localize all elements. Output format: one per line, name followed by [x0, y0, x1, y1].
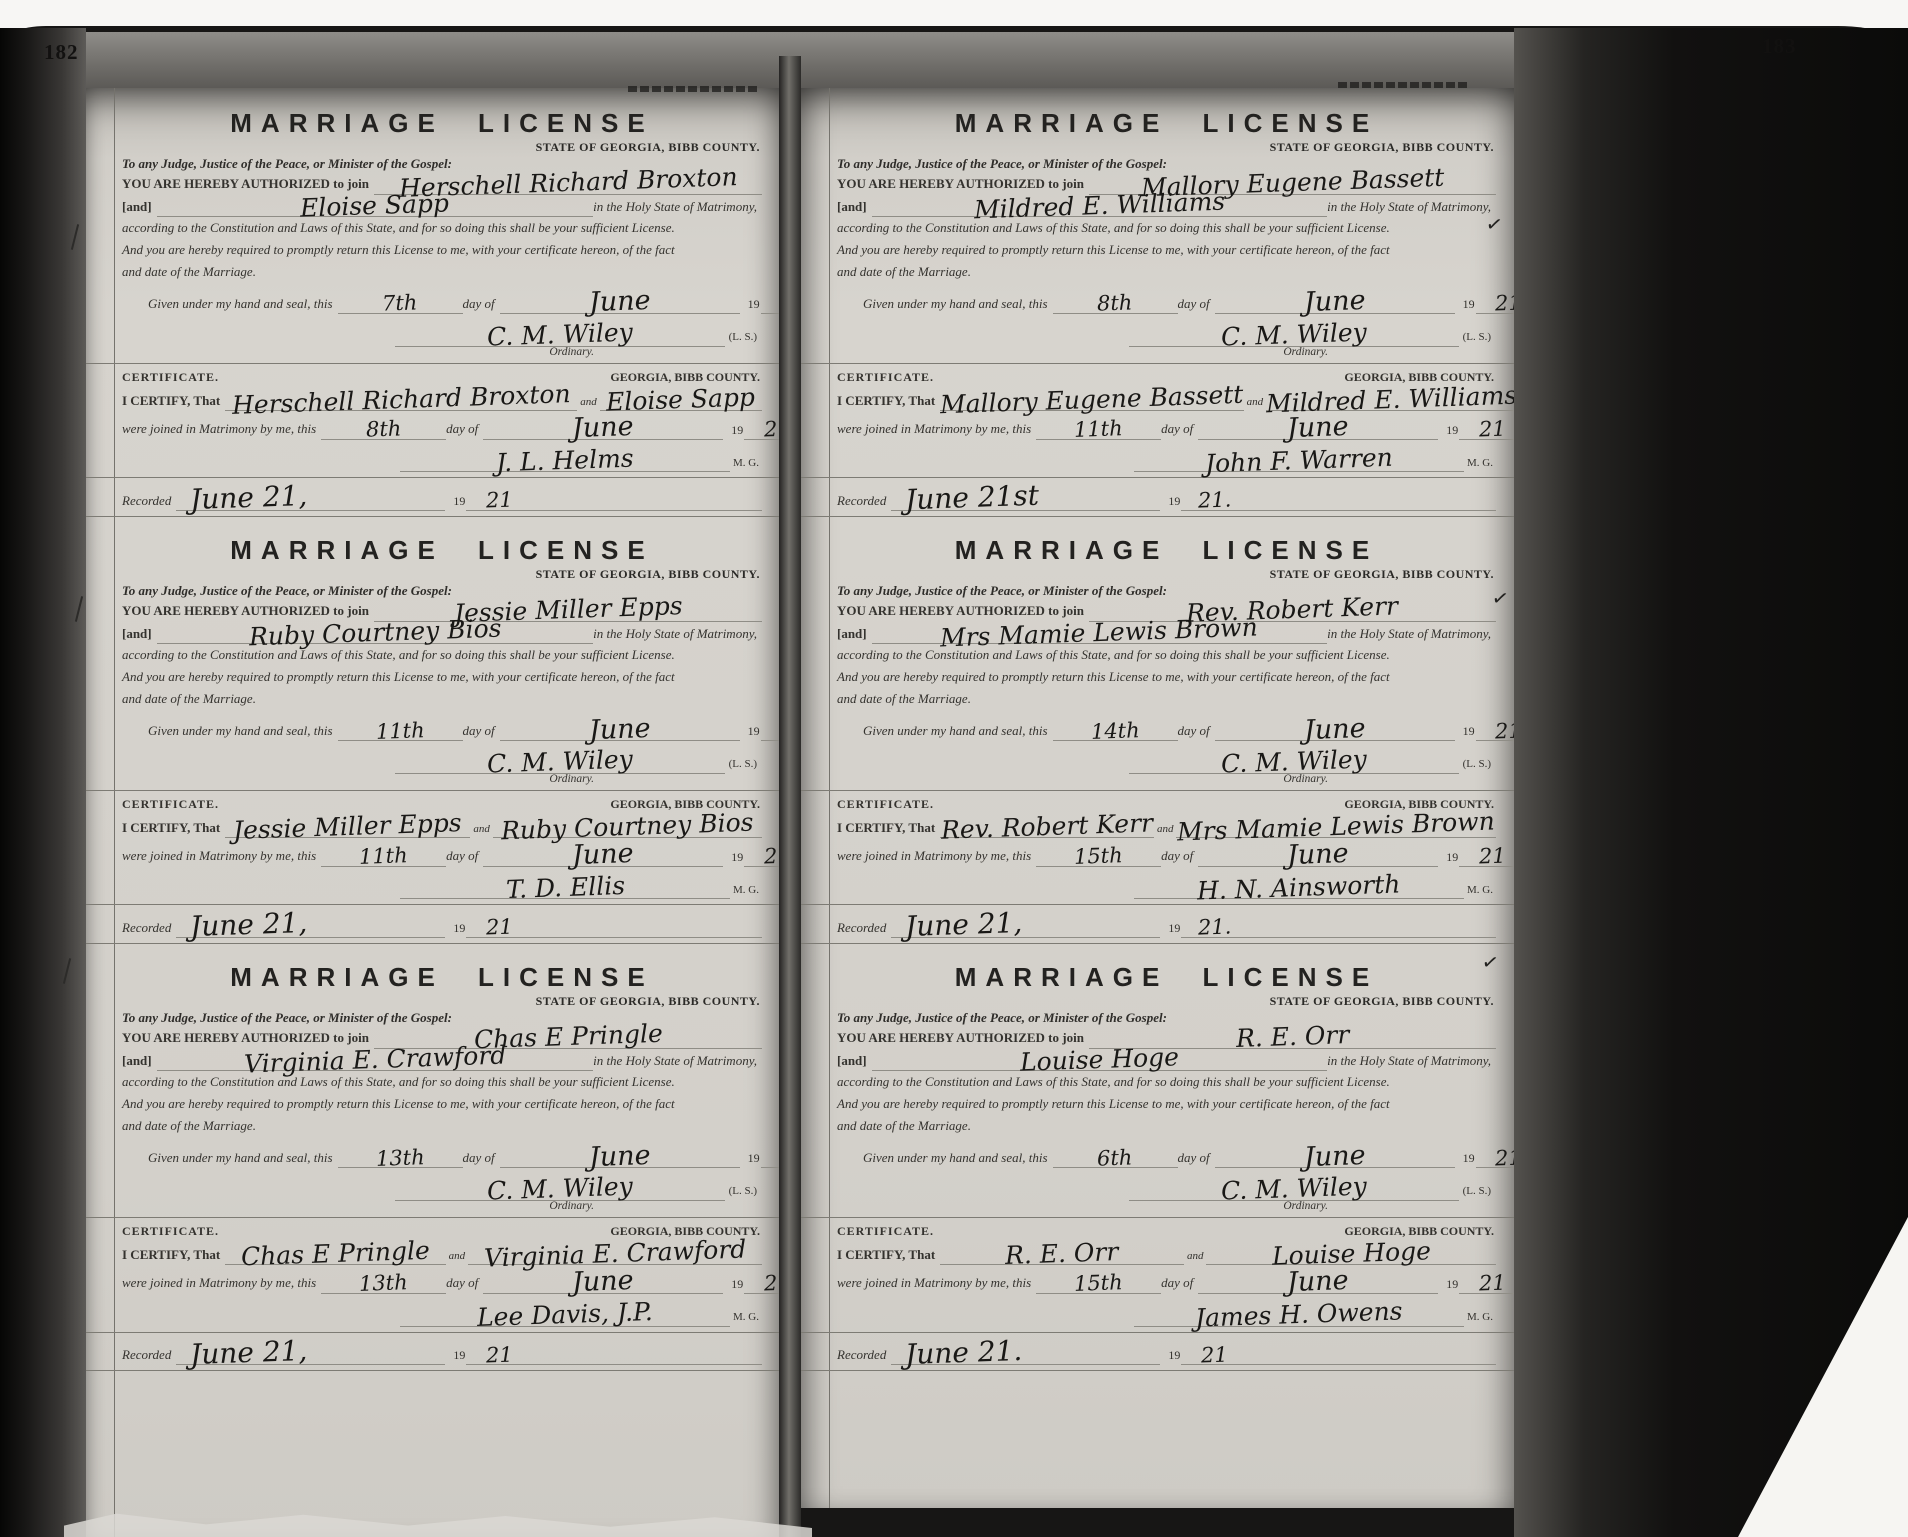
- day-of-label: day of: [1178, 721, 1215, 742]
- year-prefix: 19: [723, 421, 744, 440]
- ordinary-signature-handwriting: C. M. Wiley: [1220, 1176, 1366, 1202]
- joined-label: were joined in Matrimony by me, this: [122, 846, 321, 867]
- cert-groom-handwriting: Jessie Miller Epps: [233, 812, 462, 841]
- form-text-line-1: according to the Constitution and Laws o…: [837, 644, 1496, 666]
- marriage-license-block: MARRIAGE LICENSE STATE OF GEORGIA, BIBB …: [801, 948, 1514, 1371]
- year-prefix: 19: [740, 295, 761, 314]
- married-month-line: June: [1198, 1271, 1438, 1294]
- ordinary-signature-line: C. M. Wiley: [395, 1178, 725, 1201]
- recorded-date-line: June 21,: [891, 913, 1160, 938]
- minister-of-gospel-label: M. G.: [730, 882, 762, 900]
- form-text-line-1: according to the Constitution and Laws o…: [837, 217, 1496, 239]
- state-county-line: STATE OF GEORGIA, BIBB COUNTY.: [837, 140, 1494, 155]
- license-day-handwriting: 7th: [382, 295, 418, 314]
- and-small-label: and: [577, 394, 600, 412]
- ordinary-signature-line: C. M. Wiley: [1129, 1178, 1459, 1201]
- authorized-label: YOU ARE HEREBY AUTHORIZED to join: [837, 174, 1089, 195]
- married-year-handwriting: 21: [1479, 848, 1506, 867]
- certify-label: I CERTIFY, That: [122, 818, 225, 839]
- joined-label: were joined in Matrimony by me, this: [122, 1273, 321, 1294]
- officiant-signature-handwriting: T. D. Ellis: [505, 875, 625, 900]
- marriage-license-block: MARRIAGE LICENSE STATE OF GEORGIA, BIBB …: [801, 94, 1514, 517]
- recorded-year-handwriting: 21: [486, 919, 513, 938]
- book-gutter: [779, 56, 801, 1537]
- recorded-date-line: June 21,: [176, 913, 445, 938]
- license-month-handwriting: June: [1303, 290, 1365, 315]
- officiant-signature-line: Lee Davis, J.P.: [400, 1304, 730, 1327]
- year-prefix: 19: [445, 492, 466, 511]
- license-day-handwriting: 8th: [1097, 295, 1133, 314]
- ordinary-signature-line: C. M. Wiley: [1129, 751, 1459, 774]
- cert-groom-line: Rev. Robert Kerr: [940, 816, 1154, 839]
- salutation: To any Judge, Justice of the Peace, or M…: [122, 1010, 762, 1026]
- married-day-handwriting: 11th: [1074, 420, 1123, 440]
- married-year-handwriting: 21: [1479, 1275, 1506, 1294]
- certificate-label: CERTIFICATE.: [837, 368, 939, 387]
- cert-bride-handwriting: Virginia E. Crawford: [484, 1238, 747, 1268]
- ordinary-label: Ordinary.: [122, 346, 762, 358]
- officiant-signature-line: T. D. Ellis: [400, 877, 730, 900]
- year-prefix: 19: [740, 1149, 761, 1168]
- section-divider: [801, 477, 1514, 478]
- recorded-date-handwriting: June 21,: [905, 911, 1023, 939]
- married-day-handwriting: 8th: [366, 421, 402, 440]
- certify-label: I CERTIFY, That: [122, 391, 225, 412]
- minister-of-gospel-label: M. G.: [1464, 882, 1496, 900]
- and-label: [and]: [122, 624, 157, 645]
- recorded-label: Recorded: [122, 1345, 176, 1366]
- license-month-handwriting: June: [1303, 717, 1365, 742]
- married-year-handwriting: 21: [764, 848, 780, 867]
- recorded-year-line: 21.: [1181, 492, 1247, 511]
- year-prefix: 19: [1438, 848, 1459, 867]
- day-of-label: day of: [463, 294, 500, 315]
- cert-groom-handwriting: Rev. Robert Kerr: [941, 812, 1154, 841]
- recorded-label: Recorded: [837, 491, 891, 512]
- state-county-line: STATE OF GEORGIA, BIBB COUNTY.: [122, 994, 760, 1009]
- license-day-handwriting: 13th: [375, 1149, 424, 1169]
- cert-bride-line: Mrs Mamie Lewis Brown: [1176, 816, 1496, 839]
- year-prefix: 19: [445, 1346, 466, 1365]
- year-prefix: 19: [445, 919, 466, 938]
- printer-stamp-right: [1338, 82, 1470, 88]
- cert-groom-line: Jessie Miller Epps: [225, 816, 470, 839]
- ordinary-label: Ordinary.: [837, 1200, 1496, 1212]
- cert-bride-line: Louise Hoge: [1206, 1243, 1496, 1266]
- and-small-label: and: [470, 821, 493, 839]
- license-year-line: 21: [761, 295, 780, 314]
- license-day-line: 11th: [338, 723, 463, 742]
- officiant-signature-handwriting: Lee Davis, J.P.: [477, 1301, 653, 1328]
- married-month-line: June: [1198, 417, 1438, 440]
- day-of-label: day of: [446, 1273, 483, 1294]
- recorded-label: Recorded: [122, 491, 176, 512]
- seal-label: (L. S.): [1459, 329, 1496, 347]
- form-text-line-1: according to the Constitution and Laws o…: [122, 644, 762, 666]
- groom-name-handwriting: R. E. Orr: [1235, 1024, 1349, 1049]
- form-text-line-1: according to the Constitution and Laws o…: [837, 1071, 1496, 1093]
- form-text-line-2: And you are hereby required to promptly …: [122, 666, 762, 688]
- seal-label: (L. S.): [725, 329, 762, 347]
- section-divider: [86, 904, 780, 905]
- recorded-year-handwriting: 21: [486, 492, 513, 511]
- day-of-label: day of: [1161, 419, 1198, 440]
- book-page-right: MARRIAGE LICENSE STATE OF GEORGIA, BIBB …: [801, 88, 1514, 1508]
- section-divider: [86, 943, 780, 944]
- cert-groom-line: Chas E Pringle: [225, 1243, 445, 1266]
- day-of-label: day of: [1178, 294, 1215, 315]
- section-divider: [86, 790, 780, 791]
- ordinary-label: Ordinary.: [122, 1200, 762, 1212]
- cert-bride-line: Virginia E. Crawford: [468, 1243, 762, 1266]
- joined-label: were joined in Matrimony by me, this: [837, 846, 1036, 867]
- blank-line: [1247, 504, 1496, 511]
- groom-name-handwriting: Herschell Richard Broxton: [398, 166, 737, 199]
- married-day-line: 8th: [321, 421, 446, 440]
- form-text-line-3: and date of the Marriage.: [837, 261, 1496, 283]
- license-day-line: 8th: [1053, 295, 1178, 314]
- joined-label: were joined in Matrimony by me, this: [122, 419, 321, 440]
- matrimony-label: in the Holy State of Matrimony,: [1327, 1051, 1496, 1072]
- matrimony-label: in the Holy State of Matrimony,: [593, 624, 762, 645]
- section-divider: [801, 904, 1514, 905]
- given-label: Given under my hand and seal, this: [837, 294, 1053, 315]
- given-label: Given under my hand and seal, this: [122, 721, 338, 742]
- license-day-line: 6th: [1053, 1150, 1178, 1169]
- day-of-label: day of: [1178, 1148, 1215, 1169]
- salutation: To any Judge, Justice of the Peace, or M…: [837, 1010, 1496, 1026]
- seal-label: (L. S.): [725, 1183, 762, 1201]
- form-text-line-2: And you are hereby required to promptly …: [122, 239, 762, 261]
- license-month-handwriting: June: [588, 717, 650, 742]
- year-prefix: 19: [1438, 421, 1459, 440]
- and-small-label: and: [1154, 821, 1177, 839]
- license-title: MARRIAGE LICENSE: [837, 962, 1496, 993]
- state-county-line: STATE OF GEORGIA, BIBB COUNTY.: [837, 567, 1494, 582]
- day-of-label: day of: [1161, 846, 1198, 867]
- license-title: MARRIAGE LICENSE: [122, 108, 762, 139]
- married-month-line: June: [483, 844, 723, 867]
- ordinary-signature-line: C. M. Wiley: [395, 324, 725, 347]
- left-page-licenses: MARRIAGE LICENSE STATE OF GEORGIA, BIBB …: [86, 88, 780, 1371]
- marriage-license-block: MARRIAGE LICENSE STATE OF GEORGIA, BIBB …: [86, 948, 780, 1371]
- blank-line: [532, 1358, 762, 1365]
- cert-groom-handwriting: R. E. Orr: [1005, 1241, 1119, 1266]
- license-month-handwriting: June: [1303, 1144, 1365, 1169]
- married-year-line: 21: [744, 848, 780, 867]
- matrimony-label: in the Holy State of Matrimony,: [593, 1051, 762, 1072]
- blank-line: [532, 504, 762, 511]
- married-day-line: 15th: [1036, 848, 1161, 867]
- bride-name-handwriting: Eloise Sapp: [300, 192, 450, 218]
- married-year-line: 21: [744, 1275, 780, 1294]
- recorded-year-line: 21: [466, 919, 532, 938]
- section-divider: [801, 1332, 1514, 1333]
- and-label: [and]: [837, 197, 872, 218]
- certify-label: I CERTIFY, That: [122, 1245, 225, 1266]
- day-of-label: day of: [446, 419, 483, 440]
- year-prefix: 19: [740, 722, 761, 741]
- given-label: Given under my hand and seal, this: [837, 721, 1053, 742]
- year-prefix: 19: [1438, 1275, 1459, 1294]
- ordinary-signature-line: C. M. Wiley: [395, 751, 725, 774]
- married-year-line: 21: [1459, 1275, 1514, 1294]
- recorded-date-handwriting: June 21st: [905, 484, 1040, 512]
- bride-name-handwriting: Mildred E. Williams: [973, 190, 1225, 220]
- cert-bride-handwriting: Ruby Courtney Bios: [501, 811, 754, 841]
- license-year-line: 21: [1476, 723, 1514, 742]
- married-day-handwriting: 11th: [359, 847, 408, 867]
- cert-groom-handwriting: Mallory Eugene Bassett: [940, 383, 1244, 415]
- officiant-signature-handwriting: John F. Warren: [1205, 447, 1393, 475]
- year-prefix: 19: [1160, 1346, 1181, 1365]
- bride-name-handwriting: Louise Hoge: [1020, 1046, 1180, 1073]
- married-year-line: 21: [1459, 848, 1514, 867]
- recorded-year-handwriting: 21.: [1197, 492, 1231, 511]
- married-year-handwriting: 21: [1479, 421, 1506, 440]
- minister-of-gospel-label: M. G.: [730, 1309, 762, 1327]
- license-month-line: June: [500, 291, 740, 314]
- license-month-line: June: [500, 719, 740, 742]
- married-day-handwriting: 15th: [1074, 1274, 1123, 1294]
- page-number-left: 182: [44, 40, 79, 65]
- license-year-line: 21: [761, 1150, 780, 1169]
- form-text-line-2: And you are hereby required to promptly …: [837, 1093, 1496, 1115]
- marriage-license-block: MARRIAGE LICENSE STATE OF GEORGIA, BIBB …: [86, 521, 780, 944]
- license-year-line: 21: [761, 723, 780, 742]
- seal-label: (L. S.): [1459, 756, 1496, 774]
- year-prefix: 19: [1455, 722, 1476, 741]
- married-month-line: June: [483, 1271, 723, 1294]
- cert-groom-handwriting: Herschell Richard Broxton: [232, 383, 571, 416]
- form-text-line-3: and date of the Marriage.: [122, 688, 762, 710]
- cert-bride-handwriting: Eloise Sapp: [606, 386, 756, 412]
- license-year-line: 21: [1476, 1150, 1514, 1169]
- state-county-line: STATE OF GEORGIA, BIBB COUNTY.: [122, 567, 760, 582]
- section-divider: [801, 1217, 1514, 1218]
- recorded-year-line: 21: [1181, 1347, 1247, 1366]
- officiant-signature-line: John F. Warren: [1134, 450, 1464, 473]
- ordinary-label: Ordinary.: [122, 773, 762, 785]
- section-divider: [86, 1332, 780, 1333]
- given-label: Given under my hand and seal, this: [837, 1148, 1053, 1169]
- matrimony-label: in the Holy State of Matrimony,: [1327, 197, 1496, 218]
- and-label: [and]: [122, 197, 157, 218]
- seal-label: (L. S.): [1459, 1183, 1496, 1201]
- authorized-label: YOU ARE HEREBY AUTHORIZED to join: [837, 1028, 1089, 1049]
- license-month-handwriting: June: [588, 290, 650, 315]
- state-county-line: STATE OF GEORGIA, BIBB COUNTY.: [122, 140, 760, 155]
- officiant-signature-line: H. N. Ainsworth: [1134, 877, 1464, 900]
- recorded-date-line: June 21,: [176, 486, 445, 511]
- section-divider: [801, 363, 1514, 364]
- married-year-handwriting: 21: [764, 421, 780, 440]
- cert-groom-line: R. E. Orr: [940, 1243, 1184, 1266]
- recorded-label: Recorded: [837, 918, 891, 939]
- recorded-date-line: June 21.: [891, 1341, 1160, 1366]
- year-prefix: 19: [1455, 1149, 1476, 1168]
- ordinary-signature-handwriting: C. M. Wiley: [486, 322, 632, 348]
- recorded-date-handwriting: June 21,: [190, 1338, 308, 1366]
- and-label: [and]: [837, 1051, 872, 1072]
- cert-bride-line: Ruby Courtney Bios: [493, 816, 762, 839]
- married-month-handwriting: June: [572, 416, 634, 441]
- scanned-marriage-record-spread: MARRIAGE LICENSE STATE OF GEORGIA, BIBB …: [0, 0, 1908, 1537]
- year-prefix: 19: [1455, 295, 1476, 314]
- officiant-signature-handwriting: James H. Owens: [1195, 1300, 1403, 1328]
- cert-bride-handwriting: Louise Hoge: [1271, 1240, 1431, 1267]
- officiant-signature-line: James H. Owens: [1134, 1304, 1464, 1327]
- book-binding: [0, 28, 86, 1537]
- cert-bride-line: Mildred E. Williams: [1266, 389, 1514, 412]
- married-month-handwriting: June: [1287, 843, 1349, 868]
- blank-line: [1247, 931, 1496, 938]
- recorded-year-line: 21.: [1181, 919, 1247, 938]
- matrimony-label: in the Holy State of Matrimony,: [1327, 624, 1496, 645]
- ordinary-signature-handwriting: C. M. Wiley: [486, 749, 632, 775]
- license-year-line: 21: [1476, 295, 1514, 314]
- married-month-handwriting: June: [572, 1270, 634, 1295]
- married-year-line: 21: [1459, 421, 1514, 440]
- given-label: Given under my hand and seal, this: [122, 294, 338, 315]
- married-day-line: 11th: [321, 848, 446, 867]
- certify-label: I CERTIFY, That: [837, 1245, 940, 1266]
- form-text-line-2: And you are hereby required to promptly …: [837, 666, 1496, 688]
- cert-groom-handwriting: Chas E Pringle: [241, 1239, 430, 1267]
- married-day-line: 13th: [321, 1275, 446, 1294]
- certificate-label: CERTIFICATE.: [122, 795, 224, 814]
- married-day-line: 11th: [1036, 421, 1161, 440]
- form-text-line-3: and date of the Marriage.: [122, 261, 762, 283]
- section-divider: [801, 790, 1514, 791]
- joined-label: were joined in Matrimony by me, this: [837, 419, 1036, 440]
- year-prefix: 19: [1160, 492, 1181, 511]
- license-title: MARRIAGE LICENSE: [837, 535, 1496, 566]
- license-title: MARRIAGE LICENSE: [122, 535, 762, 566]
- officiant-signature-handwriting: J. L. Helms: [496, 447, 634, 473]
- recorded-year-handwriting: 21: [1201, 1346, 1228, 1365]
- certificate-label: CERTIFICATE.: [122, 368, 224, 387]
- day-of-label: day of: [1161, 1273, 1198, 1294]
- certificate-label: CERTIFICATE.: [837, 1222, 939, 1241]
- recorded-label: Recorded: [122, 918, 176, 939]
- marriage-license-block: MARRIAGE LICENSE STATE OF GEORGIA, BIBB …: [801, 521, 1514, 944]
- license-day-line: 14th: [1053, 723, 1178, 742]
- recorded-label: Recorded: [837, 1345, 891, 1366]
- section-divider: [86, 363, 780, 364]
- year-prefix: 19: [723, 1275, 744, 1294]
- married-year-handwriting: 21: [764, 1275, 780, 1294]
- ordinary-label: Ordinary.: [837, 346, 1496, 358]
- year-prefix: 19: [723, 848, 744, 867]
- section-divider: [86, 1217, 780, 1218]
- license-day-handwriting: 6th: [1097, 1149, 1133, 1168]
- state-county-line: STATE OF GEORGIA, BIBB COUNTY.: [837, 994, 1494, 1009]
- married-day-handwriting: 15th: [1074, 847, 1123, 867]
- and-small-label: and: [1184, 1248, 1207, 1266]
- ordinary-signature-handwriting: C. M. Wiley: [1220, 322, 1366, 348]
- married-month-line: June: [1198, 844, 1438, 867]
- minister-of-gospel-label: M. G.: [1464, 1309, 1496, 1327]
- and-small-label: and: [446, 1248, 469, 1266]
- license-month-line: June: [500, 1146, 740, 1169]
- recorded-year-handwriting: 21.: [1197, 919, 1231, 938]
- cert-groom-line: Mallory Eugene Bassett: [940, 389, 1243, 412]
- license-title: MARRIAGE LICENSE: [122, 962, 762, 993]
- cert-groom-line: Herschell Richard Broxton: [225, 389, 577, 412]
- license-day-handwriting: 14th: [1090, 722, 1139, 742]
- authorized-label: YOU ARE HEREBY AUTHORIZED to join: [837, 601, 1089, 622]
- day-of-label: day of: [463, 1148, 500, 1169]
- license-day-handwriting: 11th: [375, 722, 424, 742]
- seal-label: (L. S.): [725, 756, 762, 774]
- recorded-year-handwriting: 21: [486, 1346, 513, 1365]
- recorded-year-line: 21: [466, 1347, 532, 1366]
- officiant-signature-handwriting: H. N. Ainsworth: [1197, 873, 1401, 901]
- license-month-line: June: [1215, 291, 1455, 314]
- form-text-line-2: And you are hereby required to promptly …: [837, 239, 1496, 261]
- form-text-line-3: and date of the Marriage.: [837, 688, 1496, 710]
- and-label: [and]: [837, 624, 872, 645]
- ordinary-signature-line: C. M. Wiley: [1129, 324, 1459, 347]
- married-month-line: June: [483, 417, 723, 440]
- license-title: MARRIAGE LICENSE: [837, 108, 1496, 139]
- section-divider: [801, 943, 1514, 944]
- printer-stamp-left: [628, 86, 760, 92]
- section-divider: [86, 477, 780, 478]
- certificate-label: CERTIFICATE.: [122, 1222, 224, 1241]
- joined-label: were joined in Matrimony by me, this: [837, 1273, 1036, 1294]
- form-text-line-1: according to the Constitution and Laws o…: [122, 1071, 762, 1093]
- day-of-label: day of: [463, 721, 500, 742]
- married-month-handwriting: June: [1287, 416, 1349, 441]
- minister-of-gospel-label: M. G.: [730, 455, 762, 473]
- recorded-date-handwriting: June 21.: [905, 1338, 1023, 1366]
- page-number-right: 183: [1762, 34, 1797, 59]
- recorded-date-handwriting: June 21,: [190, 911, 308, 939]
- right-page-licenses: MARRIAGE LICENSE STATE OF GEORGIA, BIBB …: [801, 88, 1514, 1371]
- license-month-line: June: [1215, 1146, 1455, 1169]
- book-page-left: MARRIAGE LICENSE STATE OF GEORGIA, BIBB …: [86, 88, 780, 1537]
- marriage-license-block: MARRIAGE LICENSE STATE OF GEORGIA, BIBB …: [86, 94, 780, 517]
- matrimony-label: in the Holy State of Matrimony,: [593, 197, 762, 218]
- and-label: [and]: [122, 1051, 157, 1072]
- form-text-line-3: and date of the Marriage.: [837, 1115, 1496, 1137]
- certify-label: I CERTIFY, That: [837, 818, 940, 839]
- certificate-label: CERTIFICATE.: [837, 795, 939, 814]
- license-month-handwriting: June: [588, 1144, 650, 1169]
- married-month-handwriting: June: [1287, 1270, 1349, 1295]
- license-day-line: 13th: [338, 1150, 463, 1169]
- form-text-line-3: and date of the Marriage.: [122, 1115, 762, 1137]
- section-divider: [86, 516, 780, 517]
- license-day-line: 7th: [338, 295, 463, 314]
- form-text-line-2: And you are hereby required to promptly …: [122, 1093, 762, 1115]
- bride-name-handwriting: Virginia E. Crawford: [243, 1044, 506, 1074]
- license-year-handwriting: 21: [1495, 1149, 1514, 1168]
- license-year-handwriting: 21: [1495, 295, 1514, 314]
- ordinary-signature-handwriting: C. M. Wiley: [1220, 749, 1366, 775]
- book-right-edge: [1514, 28, 1908, 1537]
- minister-of-gospel-label: M. G.: [1464, 455, 1496, 473]
- blank-line: [532, 931, 762, 938]
- license-month-line: June: [1215, 719, 1455, 742]
- married-day-handwriting: 13th: [359, 1274, 408, 1294]
- married-month-handwriting: June: [572, 843, 634, 868]
- year-prefix: 19: [1160, 919, 1181, 938]
- married-day-line: 15th: [1036, 1275, 1161, 1294]
- married-year-line: 21: [744, 421, 780, 440]
